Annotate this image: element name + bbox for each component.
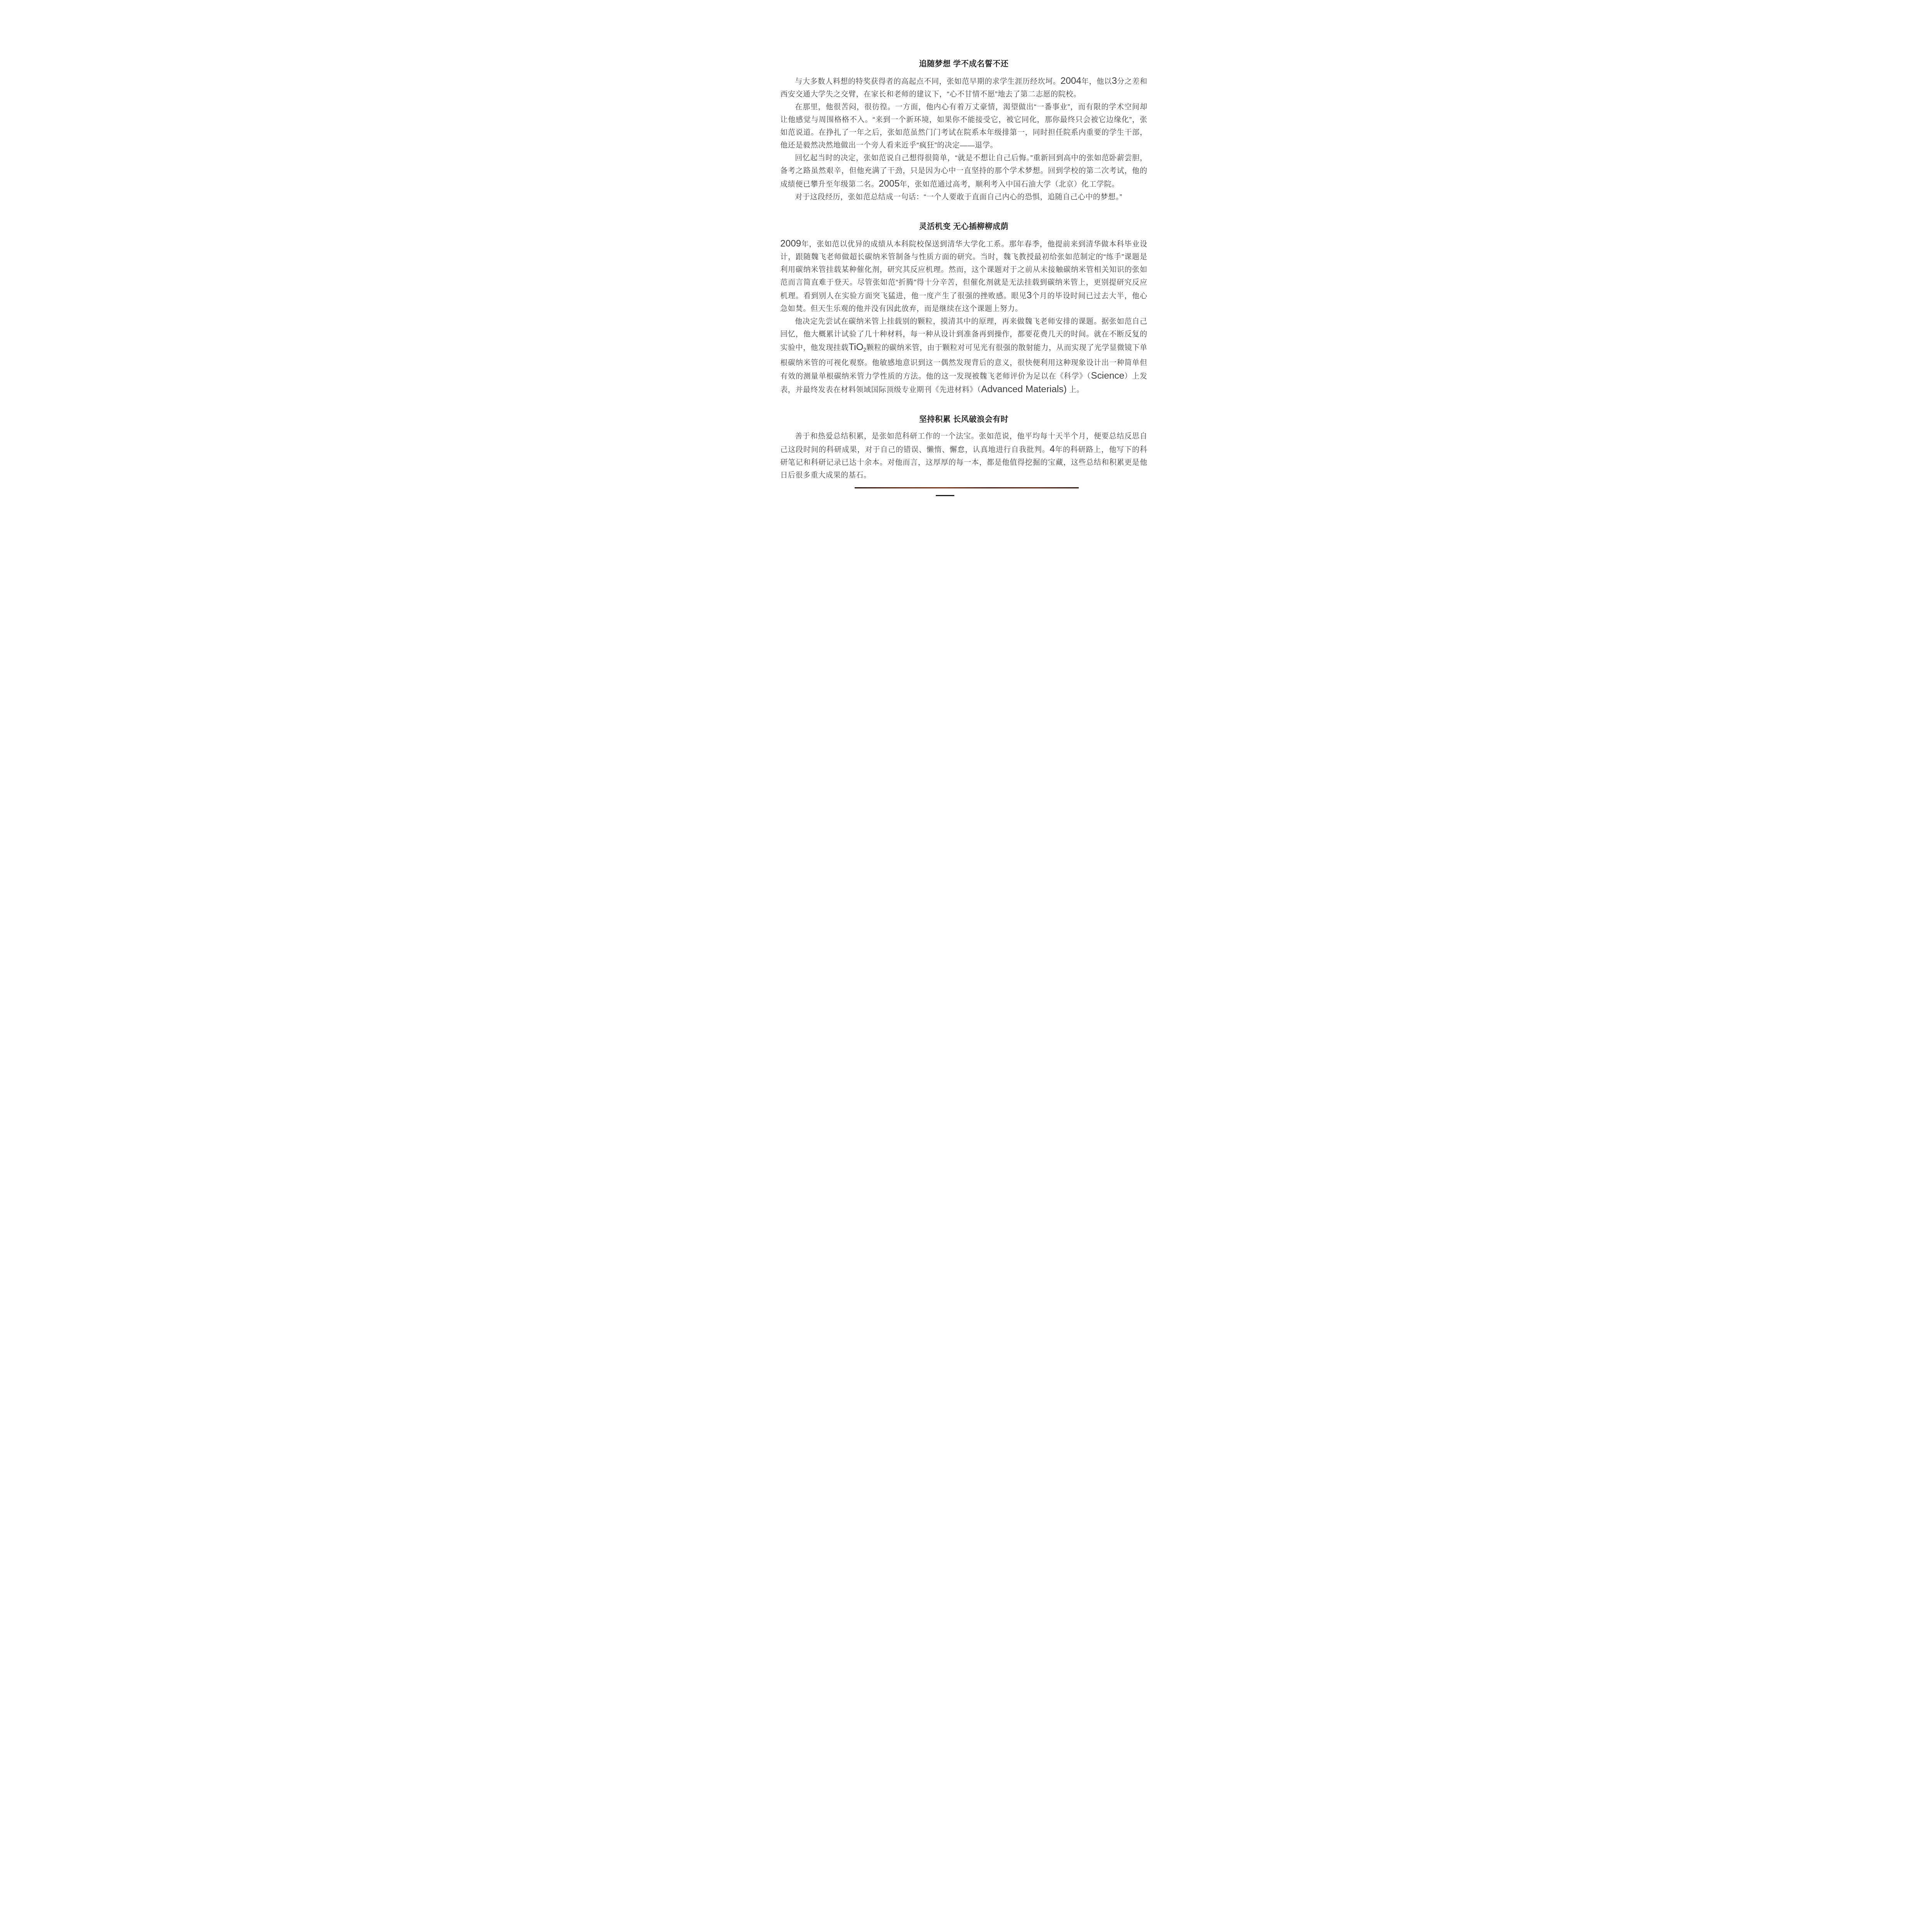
latin-run: Advanced Materials): [981, 384, 1067, 395]
text-run: 对于这段经历，张如范总结成一句话：“一个人要敢于直面自己内心的恐惧，追随自己心中…: [795, 193, 1122, 201]
text-run: 年，他以: [1081, 78, 1112, 86]
paragraph: 善于和热爱总结积累，是张如范科研工作的一个法宝。张如范说，他平均每十天半个月，便…: [780, 430, 1148, 482]
paragraph: 在那里，他很苦闷，很彷徨。一方面，他内心有着万丈豪情，渴望做出“一番事业”，而有…: [780, 101, 1148, 152]
horizontal-rule: [855, 487, 1079, 488]
latin-run: 3: [1027, 290, 1032, 301]
paragraph: 回忆起当时的决定，张如范说自己想得很简单，“就是不想让自己后悔。”重新回到高中的…: [780, 152, 1148, 191]
text-run: 年，张如范通过高考，顺利考入中国石油大学（北京）化工学院。: [899, 180, 1119, 189]
bottom-page-mark: [936, 495, 954, 496]
paragraph: 2009年，张如范以优异的成绩从本科院校保送到清华大学化工系。那年春季，他提前来…: [780, 237, 1148, 315]
text-run: 年，张如范以优异的成绩从本科院校保送到清华大学化工系。那年春季，他提前来到清华做…: [780, 240, 1148, 300]
section-title-1: 追随梦想 学不成名誓不还: [780, 58, 1148, 71]
latin-run: 2005: [879, 179, 899, 189]
text-run: 上。: [1067, 386, 1084, 394]
latin-run: 2009: [780, 238, 801, 249]
latin-run: TiO: [848, 342, 863, 352]
paragraph: 对于这段经历，张如范总结成一句话：“一个人要敢于直面自己内心的恐惧，追随自己心中…: [780, 191, 1148, 204]
latin-run: 3: [1112, 76, 1117, 86]
section-title-3: 坚持积累 长风破浪会有时: [780, 413, 1148, 426]
paragraph: 与大多数人料想的特奖获得者的高起点不同，张如范早期的求学生涯历经坎坷。2004年…: [780, 75, 1148, 101]
text-run: 在那里，他很苦闷，很彷徨。一方面，他内心有着万丈豪情，渴望做出“一番事业”，而有…: [780, 103, 1148, 150]
article: 追随梦想 学不成名誓不还与大多数人料想的特奖获得者的高起点不同，张如范早期的求学…: [780, 58, 1148, 488]
text-run: 与大多数人料想的特奖获得者的高起点不同，张如范早期的求学生涯历经坎坷。: [795, 78, 1061, 86]
section-title-2: 灵活机变 无心插柳柳成荫: [780, 221, 1148, 233]
latin-run: 2004: [1061, 76, 1081, 86]
document-page: 追随梦想 学不成名誓不还与大多数人料想的特奖获得者的高起点不同，张如范早期的求学…: [719, 0, 1198, 497]
latin-run: 4: [1050, 444, 1055, 454]
latin-run: Science: [1091, 371, 1124, 381]
latin-run: 2: [864, 347, 867, 353]
paragraph: 他决定先尝试在碳纳米管上挂载别的颗粒，摸清其中的原理，再来做魏飞老师安排的课题。…: [780, 315, 1148, 396]
